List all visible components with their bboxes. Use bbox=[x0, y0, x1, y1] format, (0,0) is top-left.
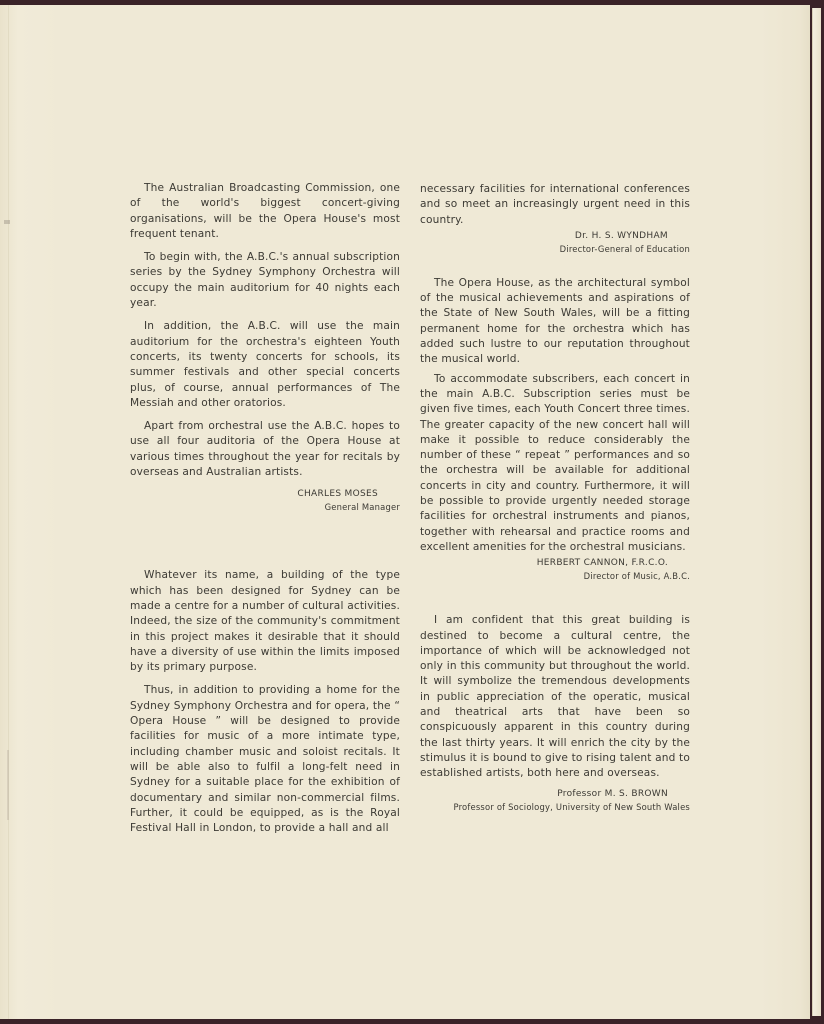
signature-title: Professor of Sociology, University of Ne… bbox=[420, 801, 690, 814]
document-page: The Australian Broadcasting Commission, … bbox=[0, 5, 810, 1019]
paper-blemish bbox=[7, 750, 9, 820]
paragraph: Thus, in addition to providing a home fo… bbox=[130, 683, 400, 836]
paragraph: Apart from orchestral use the A.B.C. hop… bbox=[130, 419, 400, 480]
binding-line bbox=[8, 5, 9, 1019]
section-spacer bbox=[420, 256, 690, 276]
paper-blemish bbox=[4, 220, 10, 224]
signature-name: Dr. H. S. WYNDHAM bbox=[420, 230, 668, 243]
signature-title: Director of Music, A.B.C. bbox=[420, 570, 690, 583]
right-column: necessary facilities for international c… bbox=[420, 182, 690, 814]
music-director-statement: The Opera House, as the architectural sy… bbox=[420, 276, 690, 583]
signature-name: Professor M. S. BROWN bbox=[420, 788, 668, 801]
signature-name: CHARLES MOSES bbox=[130, 488, 378, 501]
paragraph: To begin with, the A.B.C.'s annual subsc… bbox=[130, 250, 400, 311]
abc-statement: The Australian Broadcasting Commission, … bbox=[130, 181, 400, 514]
section-spacer bbox=[130, 514, 400, 568]
signature-name: HERBERT CANNON, F.R.C.O. bbox=[420, 557, 668, 570]
paragraph: I am confident that this great building … bbox=[420, 613, 690, 781]
signature-title: General Manager bbox=[130, 501, 400, 514]
page-edge bbox=[812, 8, 821, 1016]
sociology-statement: I am confident that this great building … bbox=[420, 613, 690, 813]
education-statement: Whatever its name, a building of the typ… bbox=[130, 568, 400, 836]
paragraph: The Opera House, as the architectural sy… bbox=[420, 276, 690, 368]
paragraph: The Australian Broadcasting Commission, … bbox=[130, 181, 400, 242]
left-column: The Australian Broadcasting Commission, … bbox=[130, 181, 400, 844]
signature-title: Director-General of Education bbox=[420, 243, 690, 256]
paragraph: Whatever its name, a building of the typ… bbox=[130, 568, 400, 675]
section-spacer bbox=[420, 583, 690, 613]
paragraph: To accommodate subscribers, each concert… bbox=[420, 372, 690, 556]
education-statement-continued: necessary facilities for international c… bbox=[420, 182, 690, 256]
paragraph: In addition, the A.B.C. will use the mai… bbox=[130, 319, 400, 411]
paragraph: necessary facilities for international c… bbox=[420, 182, 690, 228]
